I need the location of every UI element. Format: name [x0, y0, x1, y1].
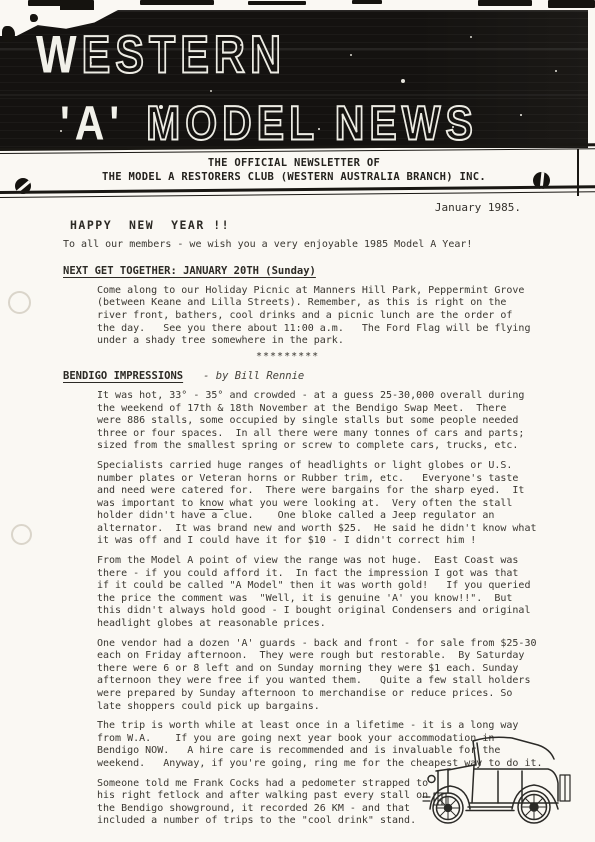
issue-date: January 1985. — [435, 201, 521, 214]
bendigo-heading-text: BENDIGO IMPRESSIONS — [63, 370, 183, 382]
subtitle-line2: THE MODEL A RESTORERS CLUB (WESTERN AUST… — [102, 171, 486, 183]
subtitle-line1: THE OFFICIAL NEWSLETTER OF — [208, 157, 380, 169]
newsletter-subtitle: THE OFFICIAL NEWSLETTER OFTHE MODEL A RE… — [0, 157, 588, 184]
photocopy-mark — [548, 0, 595, 8]
bendigo-paragraph-4: One vendor had a dozen 'A' guards - back… — [97, 638, 595, 714]
photocopy-mark — [352, 0, 382, 4]
masthead-title-line1: WESTERN — [36, 26, 286, 86]
section-separator: ********* — [256, 351, 595, 364]
photocopy-mark — [248, 1, 306, 5]
next-get-together-heading: NEXT GET TOGETHER: JANUARY 20TH (Sunday) — [63, 265, 595, 278]
rule-end-tick — [577, 149, 579, 196]
bendigo-paragraph-3: From the Model A point of view the range… — [97, 555, 595, 631]
masthead-title-line2: 'A'MODEL NEWS — [60, 96, 478, 151]
byline: - by Bill Rennie — [203, 370, 304, 383]
bendigo-impressions-heading: BENDIGO IMPRESSIONS- by Bill Rennie — [63, 370, 595, 383]
ink-blot — [2, 26, 15, 42]
underlined-word: know — [199, 498, 223, 509]
newsletter-page: WESTERN 'A'MODEL NEWS THE OFFICIAL NEWSL… — [0, 0, 595, 842]
happy-new-year-heading: HAPPY NEW YEAR !! — [70, 219, 595, 232]
masthead-initial-w: W — [36, 26, 82, 85]
bendigo-paragraph-2: Specialists carried huge ranges of headl… — [97, 460, 595, 548]
bendigo-paragraph-1: It was hot, 33° - 35° and crowded - at a… — [97, 390, 595, 453]
greeting-text: To all our members - we wish you a very … — [63, 239, 595, 252]
photocopy-mark — [478, 0, 532, 6]
picnic-paragraph: Come along to our Holiday Picnic at Mann… — [97, 285, 595, 348]
photocopy-mark — [140, 0, 214, 5]
masthead-initial-a: 'A' — [60, 96, 124, 150]
model-a-car-illustration — [410, 731, 580, 831]
masthead-banner: WESTERN 'A'MODEL NEWS — [0, 10, 588, 148]
ink-blot — [30, 14, 38, 22]
